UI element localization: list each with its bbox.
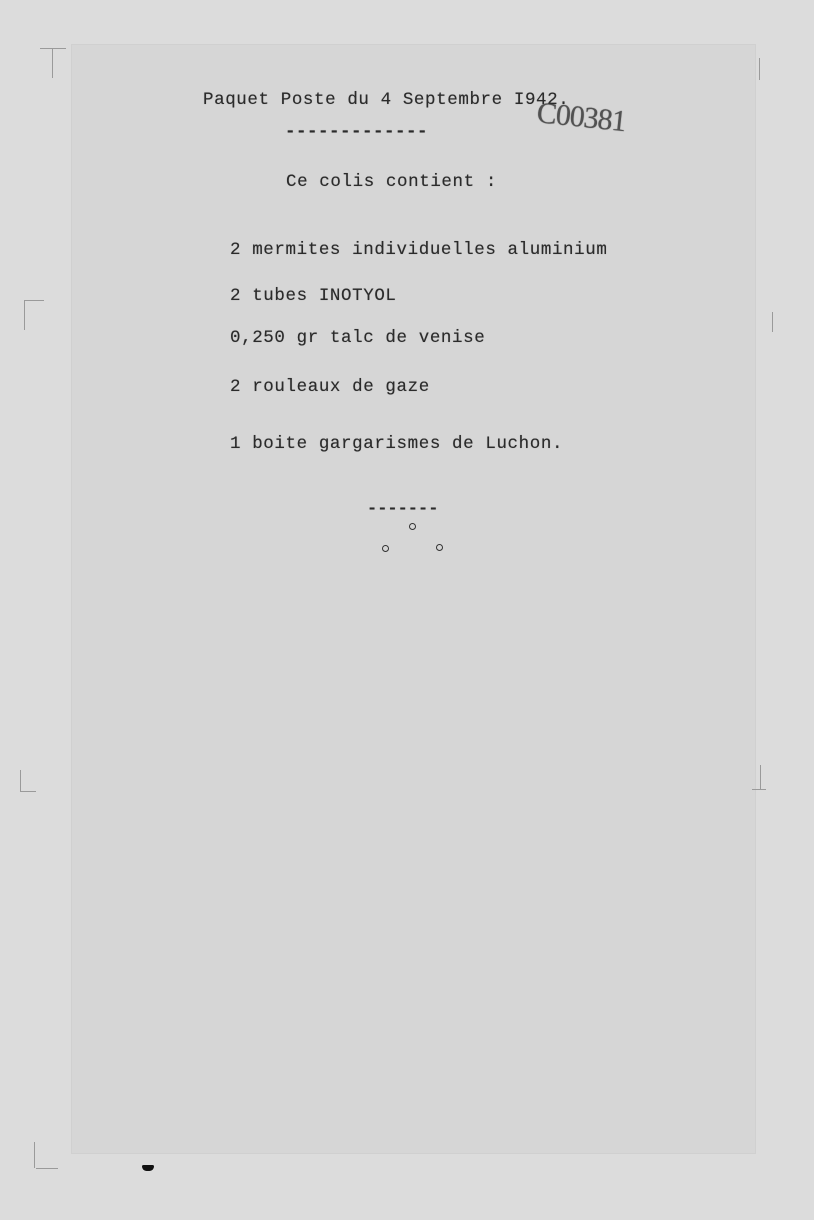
- crop-mark-top-left-h: [40, 48, 66, 49]
- crop-mark-right-lower: [760, 765, 761, 789]
- crop-mark-bottom-left: [34, 1142, 35, 1168]
- list-item: 1 boite gargarismes de Luchon.: [230, 434, 563, 454]
- contents-heading: Ce colis contient :: [286, 172, 497, 192]
- ornament-circle-right: [436, 544, 443, 551]
- paper-sheet: [72, 45, 755, 1153]
- list-item: 2 rouleaux de gaze: [230, 377, 430, 397]
- crop-mark-left-mid: [24, 300, 25, 330]
- document-title: Paquet Poste du 4 Septembre I942.: [203, 90, 569, 110]
- title-underline-rule: -------------: [285, 122, 428, 142]
- list-item: 2 mermites individuelles aluminium: [230, 240, 607, 260]
- list-item: 0,250 gr talc de venise: [230, 328, 485, 348]
- crop-mark-bottom-left-h: [36, 1168, 58, 1169]
- crop-mark-left-lower: [20, 770, 21, 792]
- crop-mark-right-lower-h: [752, 789, 766, 790]
- closing-rule: -------: [367, 500, 438, 519]
- ink-blot: [142, 1165, 154, 1171]
- ornament-circle-top: [409, 523, 416, 530]
- crop-mark-top-left: [52, 48, 53, 78]
- ornament-circle-left: [382, 545, 389, 552]
- list-item: 2 tubes INOTYOL: [230, 286, 397, 306]
- crop-mark-right-mid: [772, 312, 773, 332]
- scanned-document-page: { "document": { "title": "Paquet Poste d…: [0, 0, 814, 1220]
- crop-mark-left-mid-h: [24, 300, 44, 301]
- crop-mark-left-lower-h: [20, 791, 36, 792]
- crop-mark-top-right: [759, 58, 760, 80]
